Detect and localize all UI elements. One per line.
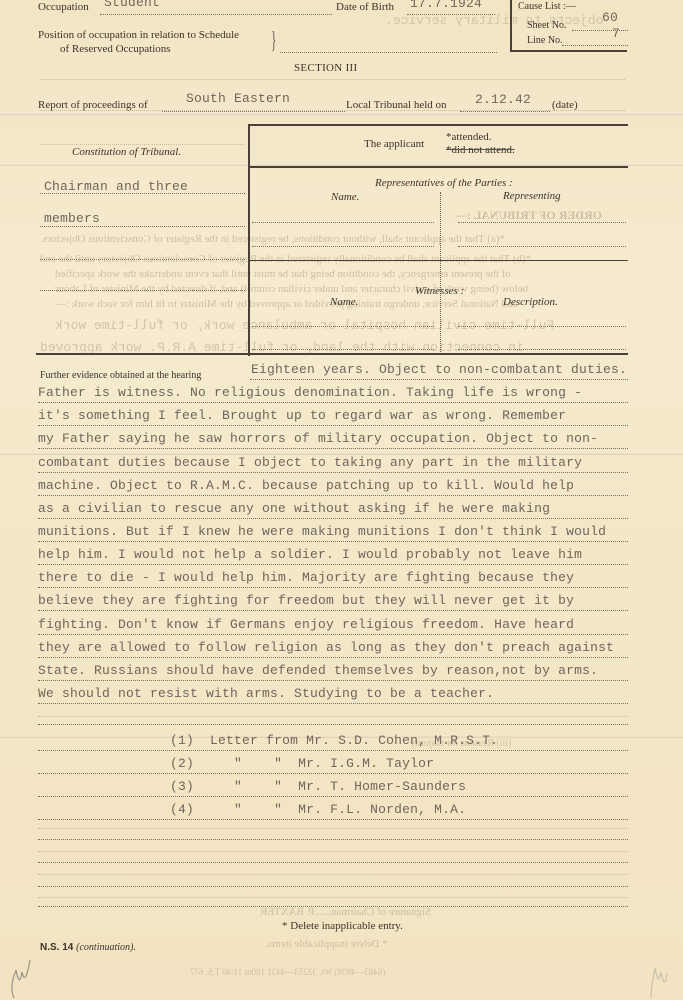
letter-item-4[interactable]: (4) " " Mr. F.L. Norden, M.A. (170, 802, 466, 817)
bleed-through-text: of the present emergency, the condition … (55, 268, 511, 280)
evidence-line[interactable]: fighting. Don't know if Germans enjoy re… (38, 617, 574, 632)
rep-representing-field[interactable] (458, 246, 626, 247)
report-middle-label: Local Tribunal held on (346, 99, 447, 111)
line-no-label: Line No. (527, 35, 563, 46)
witness-description-field[interactable] (458, 326, 626, 327)
evidence-label: Further evidence obtained at the hearing (40, 370, 201, 381)
evidence-line[interactable]: combatant duties because I object to tak… (38, 455, 582, 470)
section-title: SECTION III (294, 62, 357, 74)
rep-representing-field[interactable] (458, 222, 626, 223)
rep-name-field[interactable] (252, 222, 434, 223)
witness-name-field[interactable] (252, 326, 434, 327)
letter-author: Mr. T. Homer-Saunders (298, 779, 466, 794)
cause-list-title: Cause List :— (518, 1, 576, 12)
representatives-name-header: Name. (331, 191, 359, 203)
tribunal-name-value[interactable]: South Eastern (186, 91, 290, 106)
letter-num: (3) (170, 779, 194, 794)
position-label-line2: of Reserved Occupations (60, 43, 171, 55)
bleed-through-text: * Delete inapplicable items. (265, 938, 388, 950)
letter-ditto: " (274, 756, 282, 771)
witnesses-description-header: Description. (503, 296, 558, 308)
letter-ditto: " (234, 756, 242, 771)
hearing-date-value[interactable]: 2.12.42 (475, 92, 531, 107)
letter-ditto: " (234, 779, 242, 794)
letter-ditto: " (274, 779, 282, 794)
bleed-through-text: Signature of Chairman......P. BAXTER (260, 906, 431, 918)
form-suffix: (continuation). (76, 942, 136, 953)
occupation-value[interactable]: Student (104, 0, 160, 10)
evidence-line[interactable]: Father is witness. No religious denomina… (38, 385, 582, 400)
evidence-line[interactable]: We should not resist with arms. Studying… (38, 686, 494, 701)
sheet-no-label: Sheet No. (527, 20, 566, 31)
pencil-mark-icon (645, 960, 675, 1000)
letter-item-2[interactable]: (2) " " Mr. I.G.M. Taylor (170, 756, 434, 771)
bleed-through-text: ORDER OF TRIBUNAL :— (455, 208, 602, 223)
applicant-label: The applicant (364, 138, 424, 150)
witnesses-name-header: Name. (330, 296, 358, 308)
constitution-line2[interactable]: members (44, 211, 100, 226)
letter-num: (1) (170, 733, 194, 748)
evidence-line[interactable]: believe they are fighting for freedom bu… (38, 593, 574, 608)
letter-num: (2) (170, 756, 194, 771)
brace: } (271, 27, 276, 55)
evidence-line[interactable]: machine. Object to R.A.M.C. because patc… (38, 478, 574, 493)
letter-ditto: Letter (210, 733, 258, 748)
paper-fold (0, 112, 683, 115)
evidence-line[interactable]: they are allowed to follow religion as l… (38, 640, 614, 655)
letter-num: (4) (170, 802, 194, 817)
letter-author: Mr. S.D. Cohen, M.R.S.T. (306, 733, 498, 748)
bleed-through-text: *(a) That the applicant shall, without c… (40, 233, 505, 245)
form-id: N.S. 14 (40, 942, 73, 953)
bleed-through-text: objects to military service. (385, 13, 603, 28)
report-date-suffix: (date) (552, 99, 578, 111)
letter-ditto: " (234, 802, 242, 817)
letter-author: Mr. F.L. Norden, M.A. (298, 802, 466, 817)
constitution-label: Constitution of Tribunal. (72, 146, 181, 158)
representatives-title: Representatives of the Parties : (375, 177, 513, 189)
line-no-value[interactable]: 7 (612, 26, 620, 41)
occupation-label: Occupation (38, 1, 89, 13)
evidence-line[interactable]: munitions. But if I knew he were making … (38, 524, 606, 539)
letter-ditto: from (266, 733, 298, 748)
evidence-line[interactable]: help him. I would not help a soldier. I … (38, 547, 582, 562)
evidence-line[interactable]: Eighteen years. Object to non-combatant … (251, 362, 627, 377)
form-number: N.S. 14 (continuation). (40, 942, 136, 953)
dob-label: Date of Birth (336, 1, 394, 13)
evidence-line[interactable]: there to die - I would help him. Majorit… (38, 570, 574, 585)
dob-value[interactable]: 17.7.1924 (410, 0, 482, 11)
constitution-line1[interactable]: Chairman and three (44, 179, 188, 194)
letter-author: Mr. I.G.M. Taylor (298, 756, 434, 771)
representatives-representing-header: Representing (503, 190, 561, 202)
letter-ditto: " (274, 802, 282, 817)
witness-name-field[interactable] (252, 349, 434, 350)
evidence-line[interactable]: my Father saying he saw horrors of milit… (38, 431, 598, 446)
applicant-did-not-attend-option[interactable]: *did not attend. (446, 144, 515, 156)
evidence-line[interactable]: it's something I feel. Brought up to reg… (38, 408, 566, 423)
witness-description-field[interactable] (458, 349, 626, 350)
report-prefix: Report of proceedings of (38, 99, 148, 111)
delete-inapplicable-note: * Delete inapplicable entry. (282, 920, 403, 932)
pencil-mark-icon (6, 950, 36, 1000)
bleed-through-text: and National Service, undergo training p… (55, 298, 517, 310)
bleed-through-text: (6483—4938) Wt. 32253—4431 100m 11/40 T.… (190, 967, 385, 977)
letter-item-1[interactable]: (1) Letter from Mr. S.D. Cohen, M.R.S.T. (170, 733, 498, 748)
rep-name-field[interactable] (252, 246, 434, 247)
sheet-no-value[interactable]: 60 (602, 10, 618, 25)
applicant-attended-option[interactable]: *attended. (446, 131, 492, 143)
evidence-line[interactable]: State. Russians should have defended the… (38, 663, 598, 678)
evidence-line[interactable]: as a civilian to rescue any one without … (38, 501, 550, 516)
position-label: Position of occupation in relation to Sc… (38, 29, 239, 41)
witnesses-title: Witnesses : (415, 285, 464, 297)
letter-item-3[interactable]: (3) " " Mr. T. Homer-Saunders (170, 779, 466, 794)
